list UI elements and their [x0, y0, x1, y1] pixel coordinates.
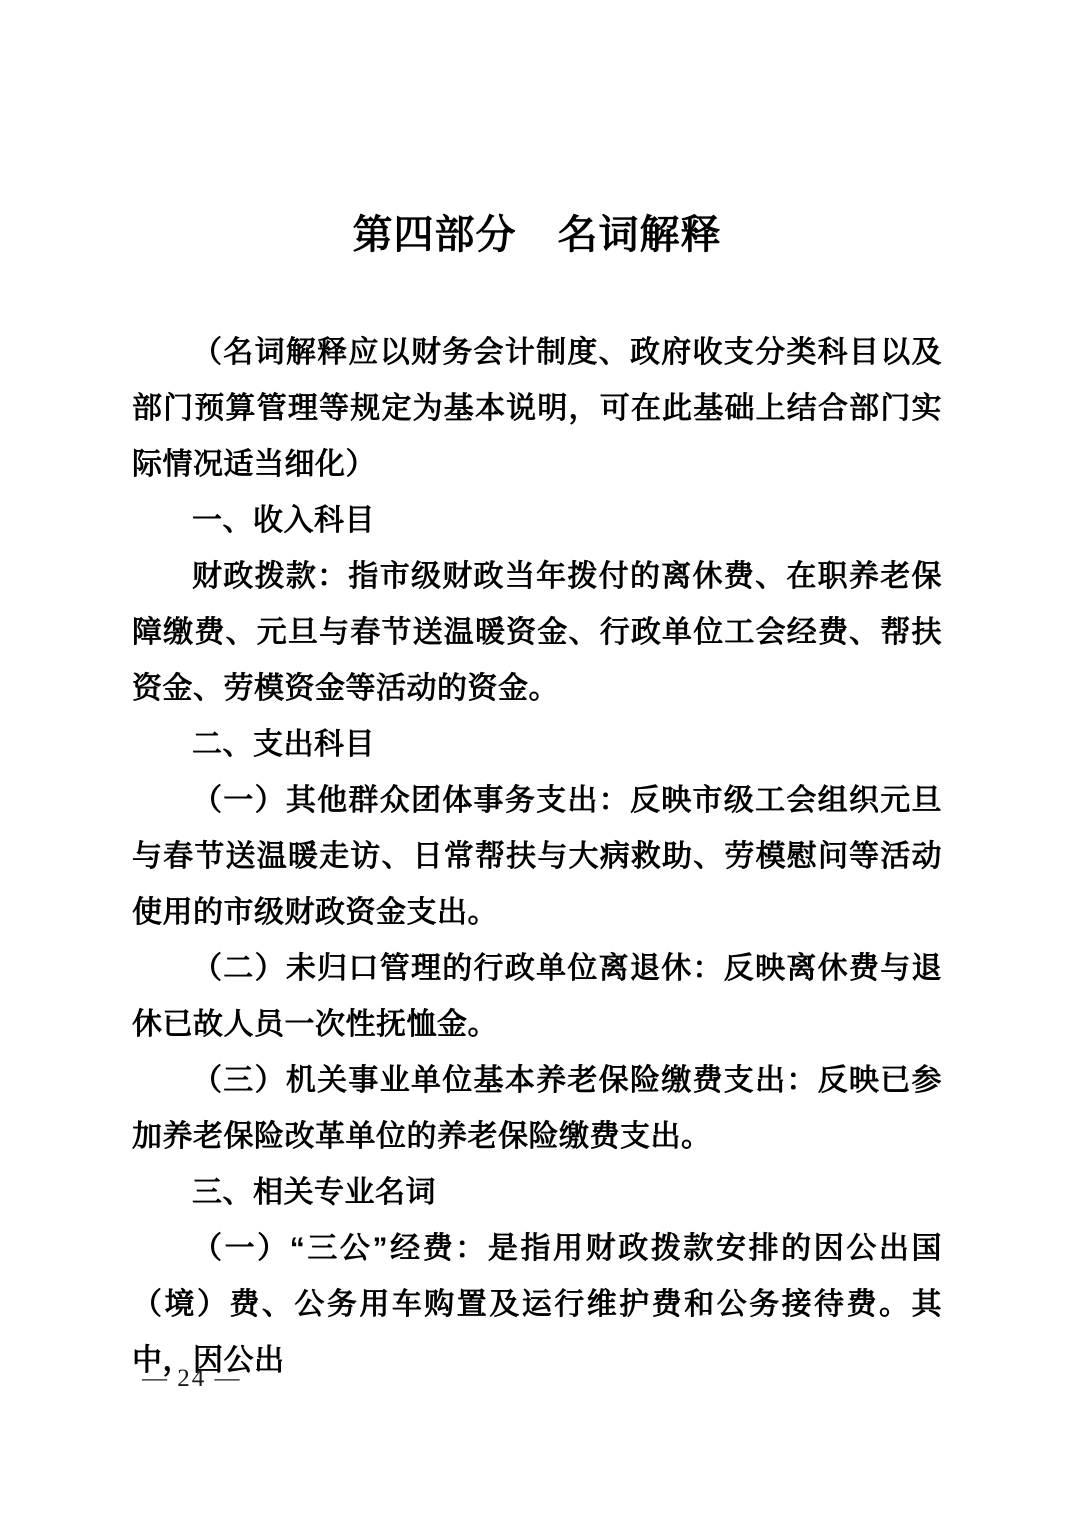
section-heading-terms: 三、相关专业名词 — [132, 1165, 942, 1221]
term-sangong-bold-lead: （一）“三公”经费 — [192, 1232, 455, 1265]
page-number: — 24 — — [142, 1365, 242, 1392]
section-heading-expenditure: 二、支出科目 — [132, 717, 942, 773]
paragraph-income-fiscal-appropriation: 财政拨款：指市级财政当年拨付的离休费、在职养老保障缴费、元旦与春节送温暖资金、行… — [132, 549, 942, 717]
section-heading-income: 一、收入科目 — [132, 493, 942, 549]
page-footer: — 24 — — [142, 1364, 242, 1394]
paragraph-expenditure-item-1: （一）其他群众团体事务支出：反映市级工会组织元旦与春节送温暖走访、日常帮扶与大病… — [132, 773, 942, 941]
paragraph-term-sangong: （一）“三公”经费：是指用财政拨款安排的因公出国（境）费、公务用车购置及运行维护… — [132, 1221, 942, 1389]
document-page: 第四部分 名词解释 （名词解释应以财务会计制度、政府收支分类科目以及部门预算管理… — [0, 0, 1074, 1520]
paragraph-expenditure-item-3: （三）机关事业单位基本养老保险缴费支出：反映已参加养老保险改革单位的养老保险缴费… — [132, 1053, 942, 1165]
paragraph-intro: （名词解释应以财务会计制度、政府收支分类科目以及部门预算管理等规定为基本说明，可… — [132, 325, 942, 493]
document-body: （名词解释应以财务会计制度、政府收支分类科目以及部门预算管理等规定为基本说明，可… — [132, 325, 942, 1389]
page-title: 第四部分 名词解释 — [132, 207, 942, 263]
document-content: 第四部分 名词解释 （名词解释应以财务会计制度、政府收支分类科目以及部门预算管理… — [132, 207, 942, 1389]
paragraph-expenditure-item-2: （二）未归口管理的行政单位离退休：反映离休费与退休已故人员一次性抚恤金。 — [132, 941, 942, 1053]
